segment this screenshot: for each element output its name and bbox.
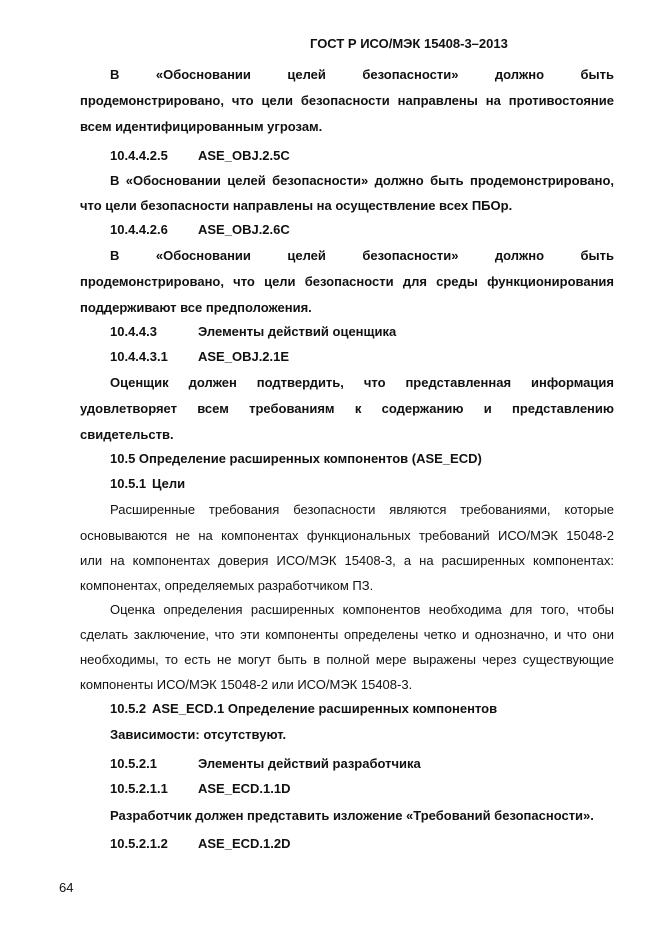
paragraph-line: продемонстрировано, что цели безопасност… — [80, 93, 614, 109]
section-heading: 10.4.4.3Элементы действий оценщика — [80, 324, 614, 340]
paragraph-line: или на компонентах доверия ИСО/МЭК 15408… — [80, 553, 614, 569]
page-number: 64 — [59, 880, 73, 895]
section-heading: 10.5.2.1.1ASE_ECD.1.1D — [80, 781, 614, 797]
section-title: ASE_ECD.1.2D — [198, 836, 290, 851]
section-number: 10.5.2.1 — [110, 756, 198, 772]
section-heading: 10.4.4.2.5ASE_OBJ.2.5C — [80, 148, 614, 164]
section-number: 10.5.1 — [110, 476, 152, 492]
section-number: 10.5.2.1.2 — [110, 836, 198, 852]
section-title: ASE_OBJ.2.1E — [198, 349, 289, 364]
section-heading: 10.5.2.1.2ASE_ECD.1.2D — [80, 836, 614, 852]
paragraph-line: поддерживают все предположения. — [80, 300, 614, 316]
paragraph-line: компонентах, определяемых разработчиком … — [80, 578, 614, 594]
section-number: 10.4.4.3.1 — [110, 349, 198, 365]
paragraph-line: свидетельств. — [80, 427, 614, 443]
section-number: 10.5.2.1.1 — [110, 781, 198, 797]
paragraph-line: В «Обосновании целей безопасности» должн… — [80, 67, 614, 83]
paragraph-line: компоненты ИСО/МЭК 15048-2 или ИСО/МЭК 1… — [80, 677, 614, 693]
section-title: ASE_OBJ.2.5C — [198, 148, 290, 163]
paragraph-line: Разработчик должен представить изложение… — [80, 808, 614, 824]
paragraph-line: продемонстрировано, что цели безопасност… — [80, 274, 614, 290]
section-title: ASE_ECD.1 Определение расширенных компон… — [152, 701, 497, 716]
section-title: Цели — [152, 476, 185, 491]
paragraph-line: удовлетворяет всем требованиям к содержа… — [80, 401, 614, 417]
section-heading: 10.5.2.1Элементы действий разработчика — [80, 756, 614, 772]
section-number: 10.4.4.3 — [110, 324, 198, 340]
paragraph-line: В «Обосновании целей безопасности» должн… — [80, 248, 614, 264]
paragraph-line: основываются не на компонентах функциона… — [80, 528, 614, 544]
section-title: Элементы действий оценщика — [198, 324, 396, 339]
paragraph-line: что цели безопасности направлены на осущ… — [80, 198, 614, 214]
paragraph-line: всем идентифицированным угрозам. — [80, 119, 614, 135]
section-title: ASE_OBJ.2.6C — [198, 222, 290, 237]
paragraph-line: Оценщик должен подтвердить, что представ… — [80, 375, 614, 391]
section-heading: 10.4.4.3.1ASE_OBJ.2.1E — [80, 349, 614, 365]
paragraph-line: Зависимости: отсутствуют. — [80, 727, 614, 743]
section-heading: 10.5 Определение расширенных компонентов… — [80, 451, 614, 467]
section-heading: 10.4.4.2.6ASE_OBJ.2.6C — [80, 222, 614, 238]
paragraph-line: Оценка определения расширенных компонент… — [80, 602, 614, 618]
section-heading: 10.5.2ASE_ECD.1 Определение расширенных … — [80, 701, 614, 717]
paragraph-line: необходимы, то есть не могут быть в полн… — [80, 652, 614, 668]
section-number: 10.4.4.2.5 — [110, 148, 198, 164]
section-title: Элементы действий разработчика — [198, 756, 421, 771]
paragraph-line: В «Обосновании целей безопасности» должн… — [80, 173, 614, 189]
section-number: 10.4.4.2.6 — [110, 222, 198, 238]
section-number: 10.5.2 — [110, 701, 152, 717]
paragraph-line: сделать заключение, что эти компоненты о… — [80, 627, 614, 643]
section-heading: 10.5.1Цели — [80, 476, 614, 492]
paragraph-line: Расширенные требования безопасности явля… — [80, 502, 614, 518]
document-id: ГОСТ Р ИСО/МЭК 15408-3–2013 — [310, 36, 508, 51]
section-title: ASE_ECD.1.1D — [198, 781, 290, 796]
